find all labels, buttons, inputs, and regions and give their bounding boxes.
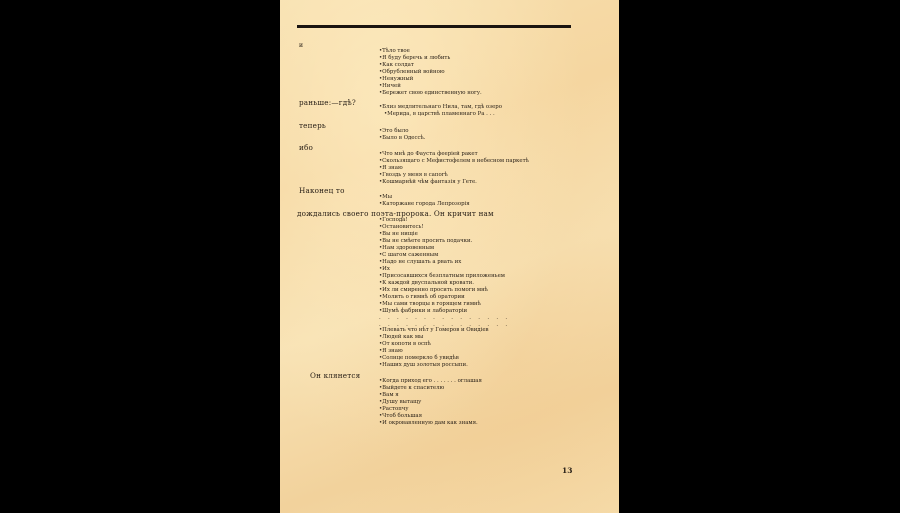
- stanza-6: •Господа! •Остановитесь! •Вы не нищiе •В…: [379, 217, 510, 329]
- stanza-1: •Тѣло твое •Я буду беречь и любить •Как …: [379, 48, 482, 97]
- verse-line: •Чтоб большая: [379, 413, 482, 420]
- stanza-3: •Это было •Было в Одессѣ.: [379, 128, 426, 142]
- verse-line: •Выйдете к спасителю: [379, 385, 482, 392]
- verse-line: •Это было: [379, 128, 426, 135]
- ellipsis-row: . . . . . . . . . . . . . . .: [379, 315, 510, 322]
- left-word-ibo: ибо: [299, 143, 313, 152]
- document-page: и раньше:—гдѣ? теперь ибо Наконец то дож…: [280, 0, 619, 513]
- page-number: 13: [562, 466, 572, 475]
- verse-line: •Растопчу: [379, 406, 482, 413]
- verse-line: •Шумѣ фабрики и лабораторiи: [379, 308, 510, 315]
- verse-line: •Господа!: [379, 217, 510, 224]
- verse-line: •Людей как мы: [379, 334, 489, 341]
- verse-line: •Душу вытащу: [379, 399, 482, 406]
- verse-line: •Близ медлительнаго Нила, там, гдѣ озеро: [379, 104, 502, 111]
- verse-line: •Их: [379, 266, 510, 273]
- left-word-i: и: [299, 42, 303, 49]
- verse-line: •Плевать что нѣт у Гомеров и Овидiев: [379, 327, 489, 334]
- verse-line: •Когда приход его . . . . . . . оглашая: [379, 378, 482, 385]
- verse-line: •С шагом саженным: [379, 252, 510, 259]
- verse-line: •Мы сами творцы в горящем гимнѣ: [379, 301, 510, 308]
- verse-line: •Было в Одессѣ.: [379, 135, 426, 142]
- verse-line: •Кошмарнѣй чѣм фантазiя у Гете.: [379, 179, 529, 186]
- verse-line: •Вам я: [379, 392, 482, 399]
- stanza-7: •Плевать что нѣт у Гомеров и Овидiев •Лю…: [379, 327, 489, 369]
- verse-line: •Вы не нищiе: [379, 231, 510, 238]
- left-word-klyanetsya: Он клянется: [310, 371, 360, 380]
- verse-line: •Молить о гимнѣ об оратории: [379, 294, 510, 301]
- stanza-5: •Мы •Каторжане города Лепрозорiя: [379, 194, 470, 208]
- left-word-ranshe: раньше:—гдѣ?: [299, 98, 356, 107]
- verse-line: •К каждой двуспальной кровати.: [379, 280, 510, 287]
- left-word-nakonets: Наконец то: [299, 186, 345, 195]
- stanza-4: •Что мнѣ до Фауста феерiей ракет •Скольз…: [379, 151, 529, 186]
- verse-line: •Присосавшихся безплатным приложеньем: [379, 273, 510, 280]
- verse-line: •Солнце померкло б увидѣв: [379, 355, 489, 362]
- verse-line: •Гвоздь у меня в сапогѣ: [379, 172, 529, 179]
- verse-line: •Я знаю: [379, 348, 489, 355]
- verse-line: •Я буду беречь и любить: [379, 55, 482, 62]
- verse-line: •Что мнѣ до Фауста феерiей ракет: [379, 151, 529, 158]
- verse-line: •Скользящаго с Мефистофелем в небесном п…: [379, 158, 529, 165]
- left-word-teper: теперь: [299, 121, 326, 130]
- verse-line: •Мерида, в царствѣ пламеннаго Ра . . .: [379, 111, 502, 118]
- verse-line: •От копоти в оспѣ: [379, 341, 489, 348]
- verse-line: •Обрубленный войною: [379, 69, 482, 76]
- verse-line: •Мы: [379, 194, 470, 201]
- verse-line: •Как солдат: [379, 62, 482, 69]
- header-rule: [297, 25, 571, 28]
- verse-line: •Остановитесь!: [379, 224, 510, 231]
- verse-line: •И окровавленную дам как знамя.: [379, 420, 482, 427]
- verse-line: •Я знаю: [379, 165, 529, 172]
- verse-line: •Тѣло твое: [379, 48, 482, 55]
- verse-line: •Их ли смиренно просить помоги мнѣ: [379, 287, 510, 294]
- verse-line: •Наших душ золотыя россыпи.: [379, 362, 489, 369]
- verse-line: •Вы не смѣете просить подачки.: [379, 238, 510, 245]
- verse-line: •Нам здоровенным: [379, 245, 510, 252]
- stanza-8: •Когда приход его . . . . . . . оглашая …: [379, 378, 482, 427]
- verse-line: •Ничей: [379, 83, 482, 90]
- verse-line: •Каторжане города Лепрозорiя: [379, 201, 470, 208]
- verse-line: •Надо не слушать а рвать их: [379, 259, 510, 266]
- stanza-2: •Близ медлительнаго Нила, там, гдѣ озеро…: [379, 104, 502, 118]
- verse-line: •Ненужный: [379, 76, 482, 83]
- verse-line: •Бережет свою единственную ногу.: [379, 90, 482, 97]
